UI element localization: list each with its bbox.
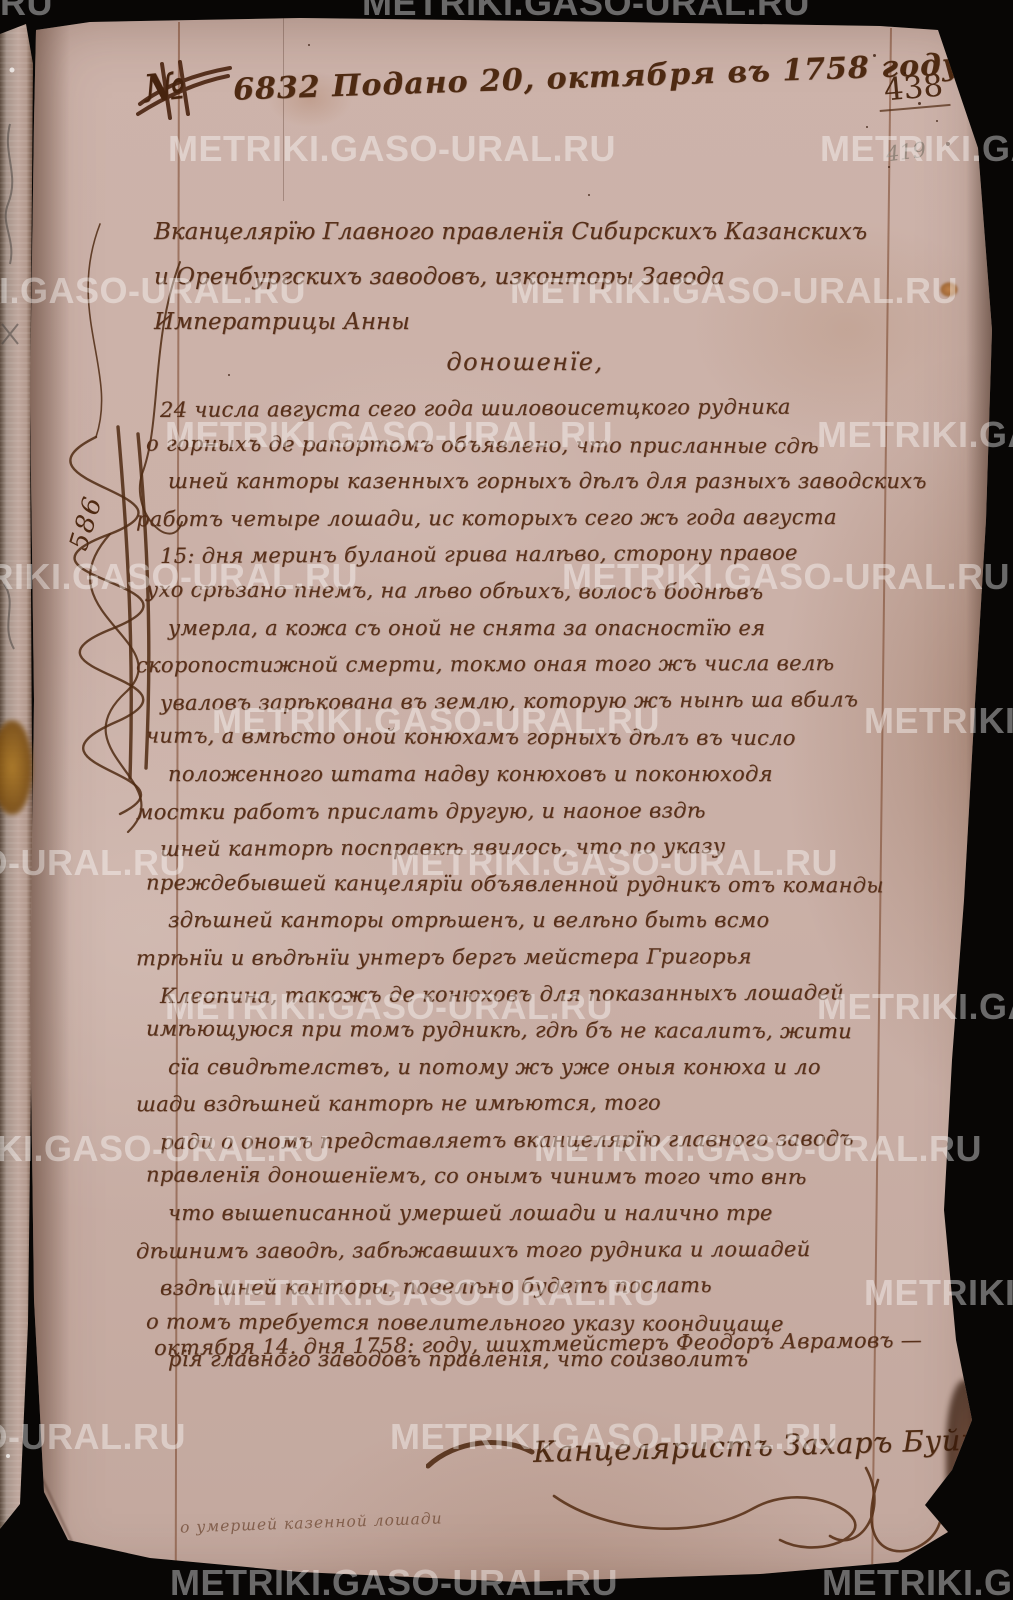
ink-speck: [904, 72, 906, 74]
ink-speck: [888, 166, 890, 168]
body-line: шади вздѣшней канторѣ не имѣются, того: [136, 1084, 906, 1123]
fold-crease: [283, 16, 284, 201]
ink-speck: [228, 374, 230, 376]
numero-sign: №: [142, 62, 188, 111]
body-line: имѣющуюся при томъ рудникѣ, гдѣ бъ не ка…: [146, 1011, 906, 1051]
folio-number-ink: 438: [876, 67, 950, 112]
address-line: Вканцелярїю Главного правленїя Сибирских…: [154, 210, 896, 255]
ink-speck: [588, 194, 590, 196]
body-line: умерла, а кожа съ оной не снята за опасн…: [168, 610, 906, 647]
address-block: Вканцелярїю Главного правленїя Сибирских…: [154, 210, 896, 345]
pencil-scribbles: [0, 24, 33, 1540]
folio-number-pencil: 419: [885, 138, 928, 167]
signature-swash: [426, 1432, 536, 1476]
body-line: трѣнїи и вѣдѣнїи унтеръ бергъ мейстера Г…: [136, 938, 906, 977]
body-line: вздѣшней канторы, повелѣно будетъ послат…: [160, 1266, 906, 1306]
document-heading: доношенїе,: [154, 348, 896, 376]
body-line: дѣшнимъ заводѣ, забѣжавшихъ того рудника…: [136, 1230, 906, 1269]
watermark-text: METRIKI.GASO-URAL.RU: [822, 1562, 1013, 1600]
body-line: 24 числа августа сего года шиловоисетцко…: [160, 388, 906, 428]
body-line: ухо срѣзано пнемъ, на лѣво обѣихъ, волос…: [146, 572, 906, 612]
book-page-edges: [0, 24, 33, 1540]
ink-speck: [873, 54, 876, 57]
manuscript-scan: № 6832 Подано 20, октября въ 1758 году 4…: [0, 0, 1013, 1600]
body-line: шней канторы казенныхъ горныхъ дѣлъ для …: [168, 463, 906, 500]
body-line: 15: дня меринъ буланой грива налѣво, сто…: [160, 534, 906, 574]
body-line: уваловъ зарѣкована въ землю, которую жъ …: [160, 681, 906, 721]
body-line: работъ четыре лошади, ис которыхъ сего ж…: [136, 499, 906, 538]
ink-speck: [308, 44, 310, 46]
registration-entry: 6832 Подано 20, октября въ 1758 году: [233, 47, 962, 107]
ink-speck: [858, 484, 860, 486]
ink-speck: [918, 102, 921, 105]
body-line: правленїя доношенїемъ, со онымъ чинимъ т…: [146, 1157, 906, 1197]
body-line: преждебывшей канцелярїи объявленной рудн…: [146, 864, 906, 904]
body-line: скоропостижной смерти, токмо оная того ж…: [136, 645, 906, 684]
body-line: ради о ономъ представляетъ вканцелярїю г…: [160, 1120, 906, 1160]
body-line: Клеопина, такожъ де конюховъ для показан…: [160, 974, 906, 1014]
watermark-text: METRIKI.GASO-URAL.RU: [0, 0, 53, 24]
ink-speck: [728, 22, 730, 24]
archival-note: о умершей казенной лошади: [180, 1509, 443, 1536]
body-line: здѣшней канторы отрѣшенъ, и велѣно быть …: [168, 902, 906, 939]
ink-speck: [946, 142, 950, 146]
signature-paraph: [548, 1462, 958, 1577]
body-line: положенного штата надву конюховъ и покон…: [168, 756, 906, 793]
address-line: и Оренбургскихъ заводовъ, изконторы Заво…: [154, 255, 896, 300]
body-line: сїа свидѣтелствъ, и потому жъ уже оныя к…: [168, 1049, 906, 1086]
body-line: о горныхъ де рапортомъ объявлено, что пр…: [146, 425, 906, 465]
edge-stain: [946, 1380, 990, 1535]
body-text: 24 числа августа сего года шиловоисетцко…: [154, 390, 906, 1378]
ink-speck: [866, 126, 868, 128]
address-line: Императрицы Анны: [154, 300, 896, 345]
body-line: мостки работъ прислать другую, и наоное …: [136, 791, 906, 830]
paper-sheet: № 6832 Подано 20, октября въ 1758 году 4…: [28, 14, 992, 1592]
body-line: читъ, а вмѣсто оной конюхамъ горныхъ дѣл…: [146, 718, 906, 758]
ink-speck: [936, 120, 938, 122]
body-line: что вышеписанной умершей лошади и наличн…: [168, 1195, 906, 1232]
body-line: шней канторѣ посправкѣ явилось, что по у…: [160, 827, 906, 867]
stain-spot: [940, 282, 958, 297]
